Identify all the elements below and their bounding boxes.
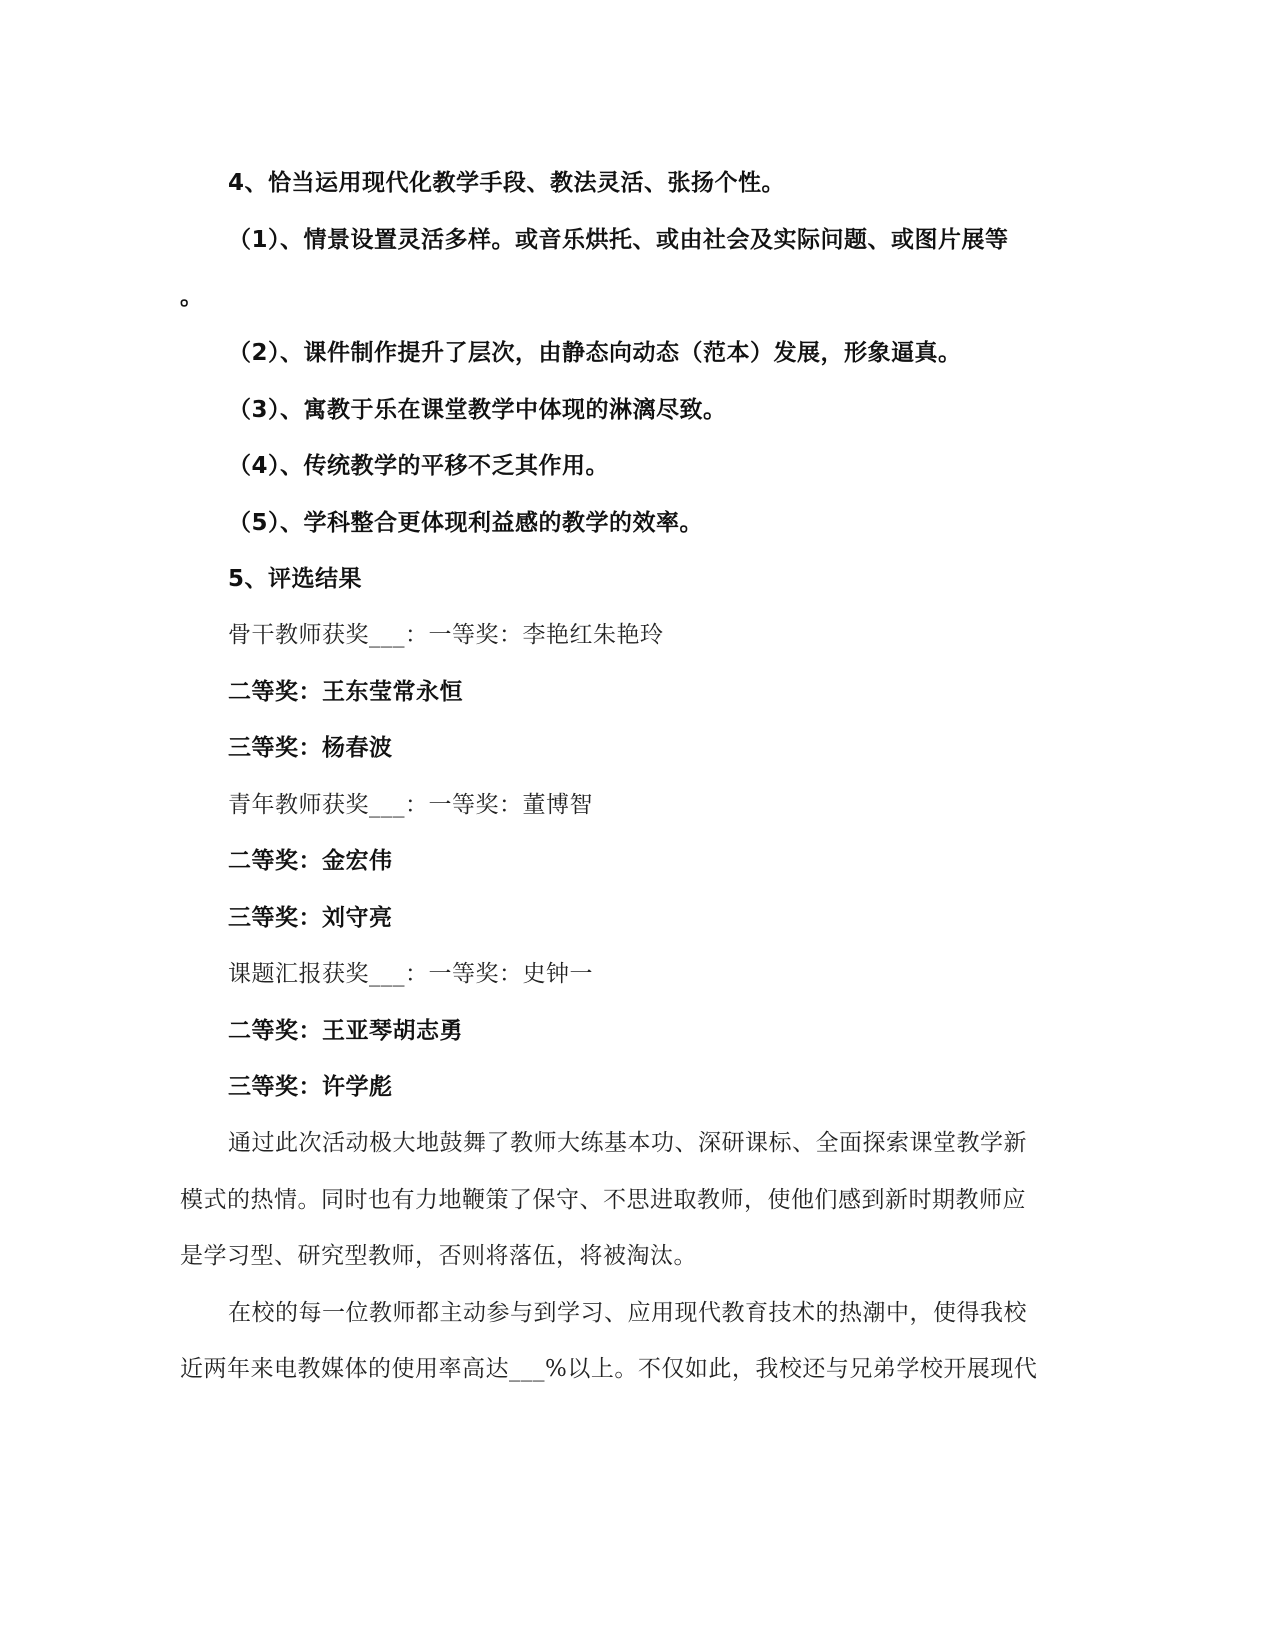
award-group-backbone-third: 三等奖：杨春波: [228, 733, 393, 763]
award-group-backbone-second: 二等奖：王东莹常永恒: [228, 677, 463, 707]
paragraph-2-line-1: 在校的每一位教师都主动参与到学习、应用现代教育技术的热潮中，使得我校: [228, 1298, 1027, 1328]
section-5-heading: 5、评选结果: [228, 564, 362, 594]
award-group-young-third: 三等奖：刘守亮: [228, 903, 393, 933]
paragraph-1-line-2: 模式的热情。同时也有力地鞭策了保守、不思进取教师，使他们感到新时期教师应: [180, 1185, 1026, 1215]
section-4-item-3: （3）、寓教于乐在课堂教学中体现的淋漓尽致。: [228, 395, 727, 425]
award-group-project-second: 二等奖：王亚琴胡志勇: [228, 1016, 463, 1046]
paragraph-1-line-3: 是学习型、研究型教师，否则将落伍，将被淘汰。: [180, 1241, 697, 1271]
award-group-project-third: 三等奖：许学彪: [228, 1072, 393, 1102]
section-4-item-1: （1）、情景设置灵活多样。或音乐烘托、或由社会及实际问题、或图片展等: [228, 225, 1009, 255]
section-4-item-4: （4）、传统教学的平移不乏其作用。: [228, 451, 609, 481]
paragraph-2-line-2: 近两年来电教媒体的使用率高达___%以上。不仅如此，我校还与兄弟学校开展现代: [180, 1354, 1037, 1384]
award-group-backbone-first: 骨干教师获奖___：一等奖：李艳红朱艳玲: [228, 620, 664, 650]
award-group-young-second: 二等奖：金宏伟: [228, 846, 393, 876]
paragraph-1-line-1: 通过此次活动极大地鼓舞了教师大练基本功、深研课标、全面探索课堂教学新: [228, 1128, 1027, 1158]
award-group-project-first: 课题汇报获奖___：一等奖：史钟一: [228, 959, 593, 989]
section-4-item-5: （5）、学科整合更体现利益感的教学的效率。: [228, 508, 703, 538]
section-4-item-1-end: 。: [180, 282, 204, 312]
section-4-item-2: （2）、课件制作提升了层次，由静态向动态（范本）发展，形象逼真。: [228, 338, 962, 368]
award-group-young-first: 青年教师获奖___：一等奖：董博智: [228, 790, 593, 820]
section-4-heading: 4、恰当运用现代化教学手段、教法灵活、张扬个性。: [228, 168, 785, 198]
